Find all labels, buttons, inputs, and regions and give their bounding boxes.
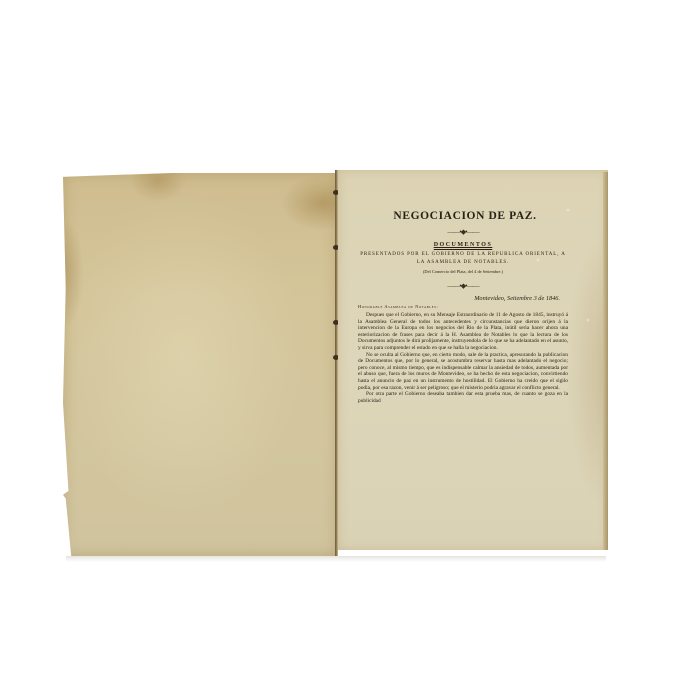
page-edge bbox=[603, 172, 608, 550]
dateline: Montevideo, Setiembre 3 de 1846. bbox=[358, 295, 568, 302]
paragraph: Despues que el Gobierno, en su Mensaje E… bbox=[358, 312, 568, 352]
paragraph: No se oculta al Gobierno que, en cierto … bbox=[358, 352, 568, 392]
presented-by-line: PRESENTADOS POR EL GOBIERNO DE LA REPUBL… bbox=[358, 251, 568, 267]
section-heading: DOCUMENTOS bbox=[358, 242, 568, 248]
right-page: NEGOCIACION DE PAZ. ——•◆•—— DOCUMENTOS P… bbox=[338, 170, 608, 550]
ornament-divider: ——•◆•—— bbox=[358, 282, 568, 290]
document-title: NEGOCIACION DE PAZ. bbox=[362, 210, 568, 222]
page-content: NEGOCIACION DE PAZ. ——•◆•—— DOCUMENTOS P… bbox=[358, 210, 568, 404]
source-note: (Del Comercio del Plata, del 4 de Setiem… bbox=[358, 268, 568, 275]
book-shadow bbox=[66, 556, 606, 562]
ornament-divider: ——•◆•—— bbox=[358, 228, 568, 236]
body-text: Despues que el Gobierno, en su Mensaje E… bbox=[358, 312, 568, 404]
addressee: Honorable Asamblea de Notables: bbox=[358, 304, 568, 309]
paragraph: Por otra parte el Gobierno deseaba tambi… bbox=[358, 391, 568, 404]
left-page-blank bbox=[63, 173, 337, 556]
